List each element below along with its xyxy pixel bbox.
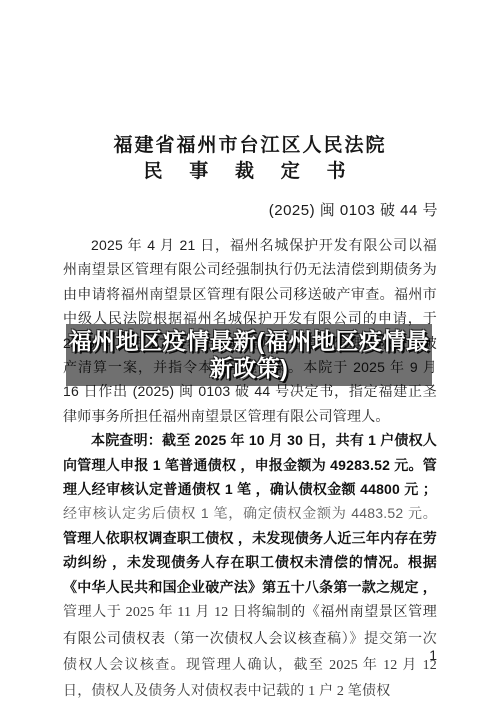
text-segment: 管理人于 2025 年 11 月 12 日将编制 xyxy=(63,605,291,620)
text-segment: 经审核认定劣后债权 1 笔，确定债权金额为 4483.52 元。 xyxy=(63,505,437,521)
document-page: 福建省福州市台江区人民法院 民 事 裁 定 书 (2025) 闽 0103 破 … xyxy=(0,0,500,706)
case-number: (2025) 闽 0103 破 44 号 xyxy=(269,199,438,220)
page-number: 1 xyxy=(429,647,437,663)
text-segment: 管理人依职权调查职工债权 ，未发现债务人近三年内存在劳动纠纷 ，未发现债务人存在… xyxy=(63,530,437,595)
paragraph-court-findings: 本院查明：截至 2025 年 10 月 30 日，共有 1 户债权人向管理人申报… xyxy=(63,428,437,704)
document-body: 2025 年 4 月 21 日，福州名城保护开发有限公司以福州南望景区管理有限公… xyxy=(63,233,437,705)
text-segment: 本院查明：截至 2025 年 10 月 30 日，共有 1 户债权人向管理人申报… xyxy=(63,432,437,497)
document-header: 福建省福州市台江区人民法院 民 事 裁 定 书 xyxy=(0,133,500,185)
seo-overlay-title: 福州地区疫情最新(福州地区疫情最新政策) xyxy=(66,328,432,382)
court-name: 福建省福州市台江区人民法院 xyxy=(0,133,500,159)
seo-overlay-banner: 福州地区疫情最新(福州地区疫情最新政策) xyxy=(66,324,432,386)
document-type-title: 民 事 裁 定 书 xyxy=(0,159,500,185)
